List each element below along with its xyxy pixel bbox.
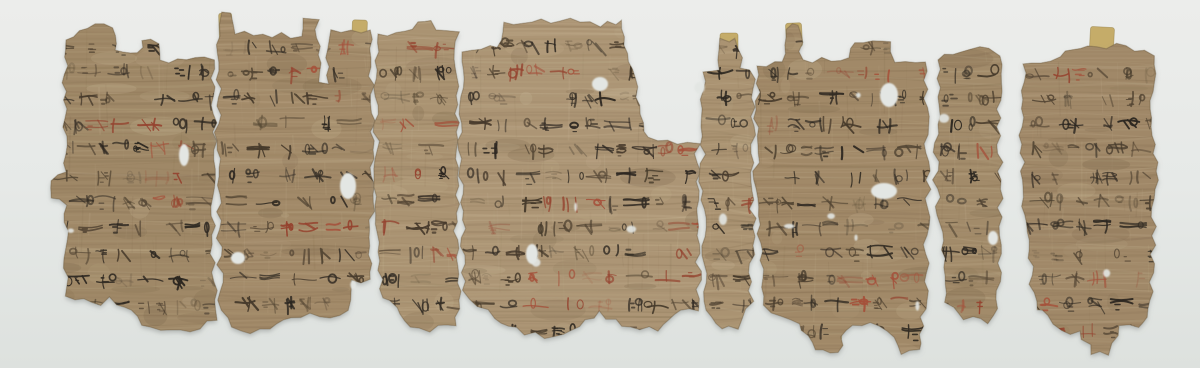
papyrus-photo-page: { "scene": { "width": 1200, "height": 36… <box>0 0 1200 368</box>
papyrus-scene-canvas <box>0 0 1200 368</box>
papyrus-photograph <box>0 0 1200 368</box>
fragment-6 <box>742 19 952 363</box>
